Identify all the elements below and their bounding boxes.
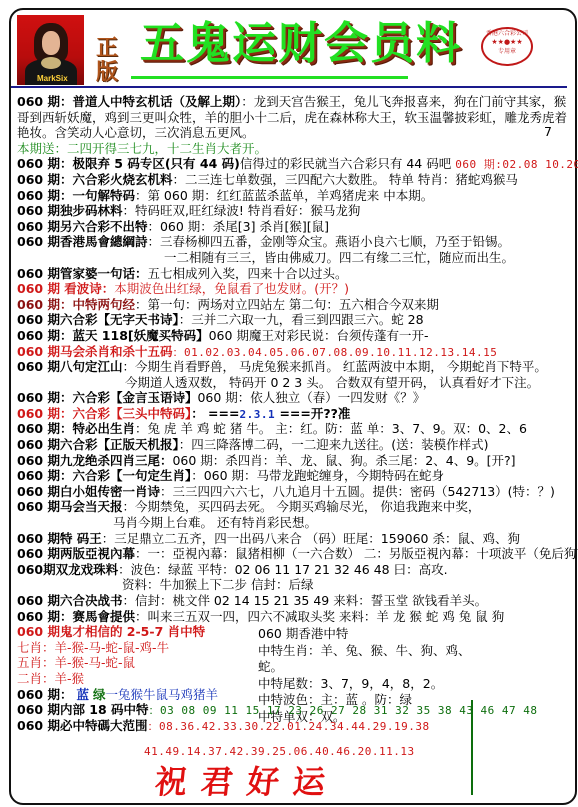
row-lantian: 060 期：蓝天 118[妖魔买特码】060 期魔王对彩民说：台须传蓬有一开- [17,328,572,344]
row-label: 060 期必中特碼大范围 [17,718,147,733]
row-label: 060 期独步码林料 [17,203,122,218]
row-yashi: 060 期两版亞視內幕：一：亞視內幕：鼠猪相柳（一六合数） 二：另版亞視內幕：十… [17,546,572,562]
row-label: 060 期马会杀肖和杀十五码 [17,344,172,359]
row-santou: 060 期：六合彩【三头中特码】： ===2.3.1 ===开??准 [17,406,572,422]
hk-tails: 中特尾数：3、7，9，4，8，2。 [258,676,478,693]
row-text: ：今期禁兔，买四码去死。 今期买鸡输尽光， 你追我跑来中奖， [122,499,480,514]
row-shashi: 060 期马会杀肖和杀十五码：01.02.03.04.05.06.07.08.0… [17,344,572,360]
row-text: 五七相成列入奖，四来十合以过头。 [147,266,347,281]
row-dangtian: 060 期马会当天报：今期禁兔，买四码去死。 今期买鸡输尽光， 你追我跑来中奖， [17,499,572,515]
row-label: 060 期：极限弃 5 码专区(只有 44 码) [17,156,240,171]
ghost-color: 060 期： 蓝 绿一兔猴牛鼠马鸡猪羊 [17,687,257,703]
row-label: 060 期 看波诗： [17,281,114,296]
row-text: ：一：亞視內幕：鼠猪相柳（一六合数） 二：另版亞視內幕：十项波平（免后狗前） [135,546,578,561]
row-head-numbers: 2.3.1 [239,408,275,421]
ghost-color-rest: 一兔猴牛鼠马鸡猪羊 [105,687,218,702]
row-text: ：特码旺双,旺红绿波! 特肖看好：猴马龙狗 [122,203,360,218]
row-numbers: ：01.02.03.04.05.06.07.08.09.10.11.12.13.… [172,346,497,359]
row-text: 060 期：依人独立（春）一四发财《？》 [197,390,425,405]
row-jiulong: 060 期九龙绝杀四肖三尾：060 期：杀四肖：羊、龙、鼠、狗。杀三尾：2、4、… [17,453,572,469]
portrait-face [42,31,60,55]
row-inner18: 060 期内部 18 码中特：03 08 09 11 15 17 23 26 2… [17,702,572,718]
row-label: 060 期：特必出生肖 [17,421,135,436]
page-title: 五鬼运财会员料 [140,18,462,70]
portrait-collar [41,57,61,69]
row-text: ：二三连七单数强，三四配六大数胜。 特单 特肖：猪蛇鸡猴马 [172,172,517,187]
row-text: ：三春杨柳四五番，金刚等众宝。燕语小良六七顺，乃至于铅锡。 [147,234,510,249]
row-text: ：叫来三五双一四，四六不减取头奖 来料：羊 龙 猴 蛇 鸡 兔 鼠 狗 [135,609,504,624]
ghost-two: 二肖：羊-猴 [17,671,257,687]
ghost-section: 060 期鬼才相信的 2-5-7 肖中特 七肖：羊-猴-马-蛇-鼠-鸡-牛 五肖… [17,624,257,702]
portrait-image: MarkSix [17,15,84,85]
row-label: 060 期马会当天报 [17,499,122,514]
row-label: 060 期两版亞視內幕 [17,546,135,561]
row-numbers: ：03 08 09 11 15 17 23 26 27 28 31 32 35 … [149,704,538,717]
row-saimahui: 060 期：赛馬會提供：叫来三五双一四，四六不减取头奖 来料：羊 龙 猴 蛇 鸡… [17,609,572,625]
row-label: 060 期香港馬會總綱詩 [17,234,147,249]
row-shuanglong-cont: 资料：牛加猴上下二步 信封：后绿 [17,577,572,593]
row-mawang: 060 期特 码王：三足鼎立二五齐，四一出码八来合 （码）旺尾：159060 杀… [17,531,572,547]
row-text: ：060 期：马带龙跑蛇缠身，今期特码在蛇身 [191,468,444,483]
row-dubu: 060 期独步码林料：特码旺双,旺红绿波! 特肖看好：猴马龙狗 [17,203,572,219]
big-range-continued: 41.49.14.37.42.39.25.06.40.46.20.11.13 [144,745,415,758]
row-text: ：三三四四六六七，八九追月十五圆。提供：密码（542713）(特：？) [160,484,555,499]
header-divider [11,86,567,88]
ghost-title: 060 期鬼才相信的 2-5-7 肖中特 [17,624,257,640]
row-label: 060 期另六合彩不出特 [17,219,147,234]
row-text-pre: ： === [191,406,239,421]
row-jixian: 060 期：极限弃 5 码专区(只有 44 码)信得过的彩民就当六合彩只有 44… [17,156,572,172]
edition-mark: 正版 [96,36,120,84]
row-label: 060 期：六合彩【一句定生肖】 [17,468,191,483]
row-label: 060 期：一句解特码 [17,188,135,203]
row-text-post: ===开??准 [275,406,350,421]
row-juezhan: 060 期六合决战书：信封：桃文伴 02 14 15 21 35 49 来料：誓… [17,593,572,609]
row-label: 060 期九龙绝杀四肖三尾： [17,453,172,468]
row-text: ：四三降落博二码，一二迎来九送往。(送：装模作样式) [179,437,489,452]
green-divider [471,700,473,795]
row-kanbo: 060 期 看波诗：本期波色出红绿，免鼠看了也发财。(开？) [17,281,572,297]
row-bajv: 060 期八句定江山：今期生肖看野兽， 马虎兔猴来抓肖。 红蓝两波中本期， 今期… [17,359,572,375]
row-text: 060 期魔王对彩民说：台须传蓬有一开- [209,328,429,343]
row-dangtian-cont: 马肖今期上台难。 还有特肖彩民想。 [17,515,572,531]
hk-title: 060 期香港中特 [258,626,478,643]
row-text: ：第 060 期：红红蓝蓝杀蓝单，羊鸡猪虎来 中本期。 [135,188,433,203]
row-label: 060 期：普道人中特玄机话（及解上期） [17,94,241,109]
row-text: ：三并二六取一九，看三到四跟三六。蛇 28 [179,312,424,327]
row-label: 060 期管家婆一句话： [17,266,147,281]
row-label: 060 期白小姐传密一肖诗 [17,484,160,499]
row-guanjiapo: 060 期管家婆一句话：五七相成列入奖，四来十合以过头。 [17,266,572,282]
row-label: 060 期六合彩【无字天书诗】 [17,312,179,327]
ghost-color-label: 060 期： [17,687,72,702]
row-big-range: 060 期必中特碼大范围：08.36.42.33.30.22.01.24.34.… [17,718,572,734]
row-label: 060 期八句定江山 [17,359,122,374]
row-label: 060 期：六合彩【金言玉语诗】 [17,390,197,405]
row-bichu: 060 期：特必出生肖：兔 虎 羊 鸡 蛇 猪 牛。 主：红。防：蓝 单：3、7… [17,421,572,437]
row-label: 060 期：赛馬會提供 [17,609,135,624]
row-shuanglong: 060期双龙戏珠料：波色：绿蓝 平特：02 06 11 17 21 32 46 … [17,562,572,578]
row-label: 060 期特 码王 [17,531,102,546]
row-tianji: 060 期六合彩【正版天机报】：四三降落博二码，一二迎来九送往。(送：装模作样式… [17,437,572,453]
row-text: 060 期：杀四肖：羊、龙、鼠、狗。杀三尾：2、4、9。[开?] [172,453,515,468]
row-text: ：今期生肖看野兽， 马虎兔猴来抓肖。 红蓝两波中本期， 今期蛇肖下特平。 [122,359,546,374]
ghost-five: 五肖：羊-猴-马-蛇-鼠 [17,655,257,671]
row-label: 060 期六合决战书 [17,593,122,608]
row-jinyan: 060 期：六合彩【金言玉语诗】060 期：依人独立（春）一四发财《？》 [17,390,572,406]
row-text: ：信封：桃文伴 02 14 15 21 35 49 来料：誓玉堂 欲钱看羊头。 [122,593,487,608]
seal-bottom-text: 专用章 [483,47,531,56]
ghost-color-blue: 蓝 [76,687,89,702]
ghost-color-green: 绿 [93,687,106,702]
portrait-tag: MarkSix [37,74,68,83]
row-text: 信得过的彩民就当六合彩只有 44 码吧 [240,156,451,171]
row-buchute: 060 期另六合彩不出特：060 期：杀尾[3] 杀肖[猴][鼠] [17,219,572,235]
row-numbers: ：08.36.42.33.30.22.01.24.34.44.29.19.38 [147,720,429,733]
row-label: 060 期：六合彩火烧玄机料 [17,172,172,187]
row-yiju-jie: 060 期：一句解特码：第 060 期：红红蓝蓝杀蓝单，羊鸡猪虎来 中本期。 [17,188,572,204]
row-baixiaojie: 060 期白小姐传密一肖诗：三三四四六六七，八九追月十五圆。提供：密码（5427… [17,484,572,500]
row-wuzi: 060 期六合彩【无字天书诗】：三并二六取一九，看三到四跟三六。蛇 28 [17,312,572,328]
row-pudao: 060 期：普道人中特玄机话（及解上期）：龙到天宫告猴王，兔儿飞奔报喜来，狗在门… [17,94,572,141]
row-label: 060 期：蓝天 118[妖魔买特码】 [17,328,209,343]
row-label: 060 期：六合彩【三头中特码】 [17,406,191,421]
row-text: ：第一句：两场对立四站左 第二句：五六相合今双来期 [135,297,439,312]
row-yiju-ding: 060 期：六合彩【一句定生肖】：060 期：马带龙跑蛇缠身，今期特码在蛇身 [17,468,572,484]
row-text: ：060 期：杀尾[3] 杀肖[猴][鼠] [147,219,329,234]
row-label: 060期双龙戏珠料 [17,562,118,577]
seal-top-text: 香港六合彩公司 [483,29,531,38]
seal-stamp: 香港六合彩公司 ★★●★★ 专用章 [481,27,533,66]
row-huoshao: 060 期：六合彩火烧玄机料：二三连七单数强，三四配六大数胜。 特单 特肖：猪蛇… [17,172,572,188]
row-zonggang-cont: 一二相随有三三，皆由佛威刀。四二有缘二三忙，随应而出生。 [17,250,572,266]
row-text: ：波色：绿蓝 平特：02 06 11 17 21 32 46 48 曰：高攻. [118,562,447,577]
row-zonggang: 060 期香港馬會總綱詩：三春杨柳四五番，金刚等众宝。燕语小良六七顺，乃至于铅锡… [17,234,572,250]
row-text: ：三足鼎立二五齐，四一出码八来合 （码）旺尾：159060 杀：鼠、鸡、狗 [102,531,520,546]
row-text: ：兔 虎 羊 鸡 蛇 猪 牛。 主：红。防：蓝 单：3、7、9。双：0、2、6 [135,421,527,436]
content: 060 期：普道人中特玄机话（及解上期）：龙到天宫告猴王，兔儿飞奔报喜来，狗在门… [17,94,572,733]
row-red-numbers: 060 期:02.08 10.20.38 [455,158,578,171]
hk-zodiac: 中特生肖：羊、兔、猴、牛、狗、鸡、蛇。 [258,643,478,676]
ghost-seven: 七肖：羊-猴-马-蛇-鼠-鸡-牛 [17,640,257,656]
row-label: 060 期六合彩【正版天机报】 [17,437,179,452]
seal-stars-icon: ★★●★★ [483,38,531,47]
blessing-text: 祝君好运 [153,764,341,800]
title-underline [131,76,408,79]
row-label: 060 期内部 18 码中特 [17,702,149,717]
row-liangju: 060 期：中特两句经：第一句：两场对立四站左 第二句：五六相合今双来期 [17,297,572,313]
row-label: 060 期：中特两句经 [17,297,135,312]
row-text: 本期波色出红绿，免鼠看了也发财。(开？) [114,281,349,296]
row-benqi-song: 本期送：二四开得三七九，十二生肖大者开。 [17,141,572,157]
row-mark: 7 [544,124,552,140]
row-bajv-cont: 今期道人透双数， 特码开 0 2 3 头。 合数双有望开码， 认真看好才下注。 [17,375,572,391]
